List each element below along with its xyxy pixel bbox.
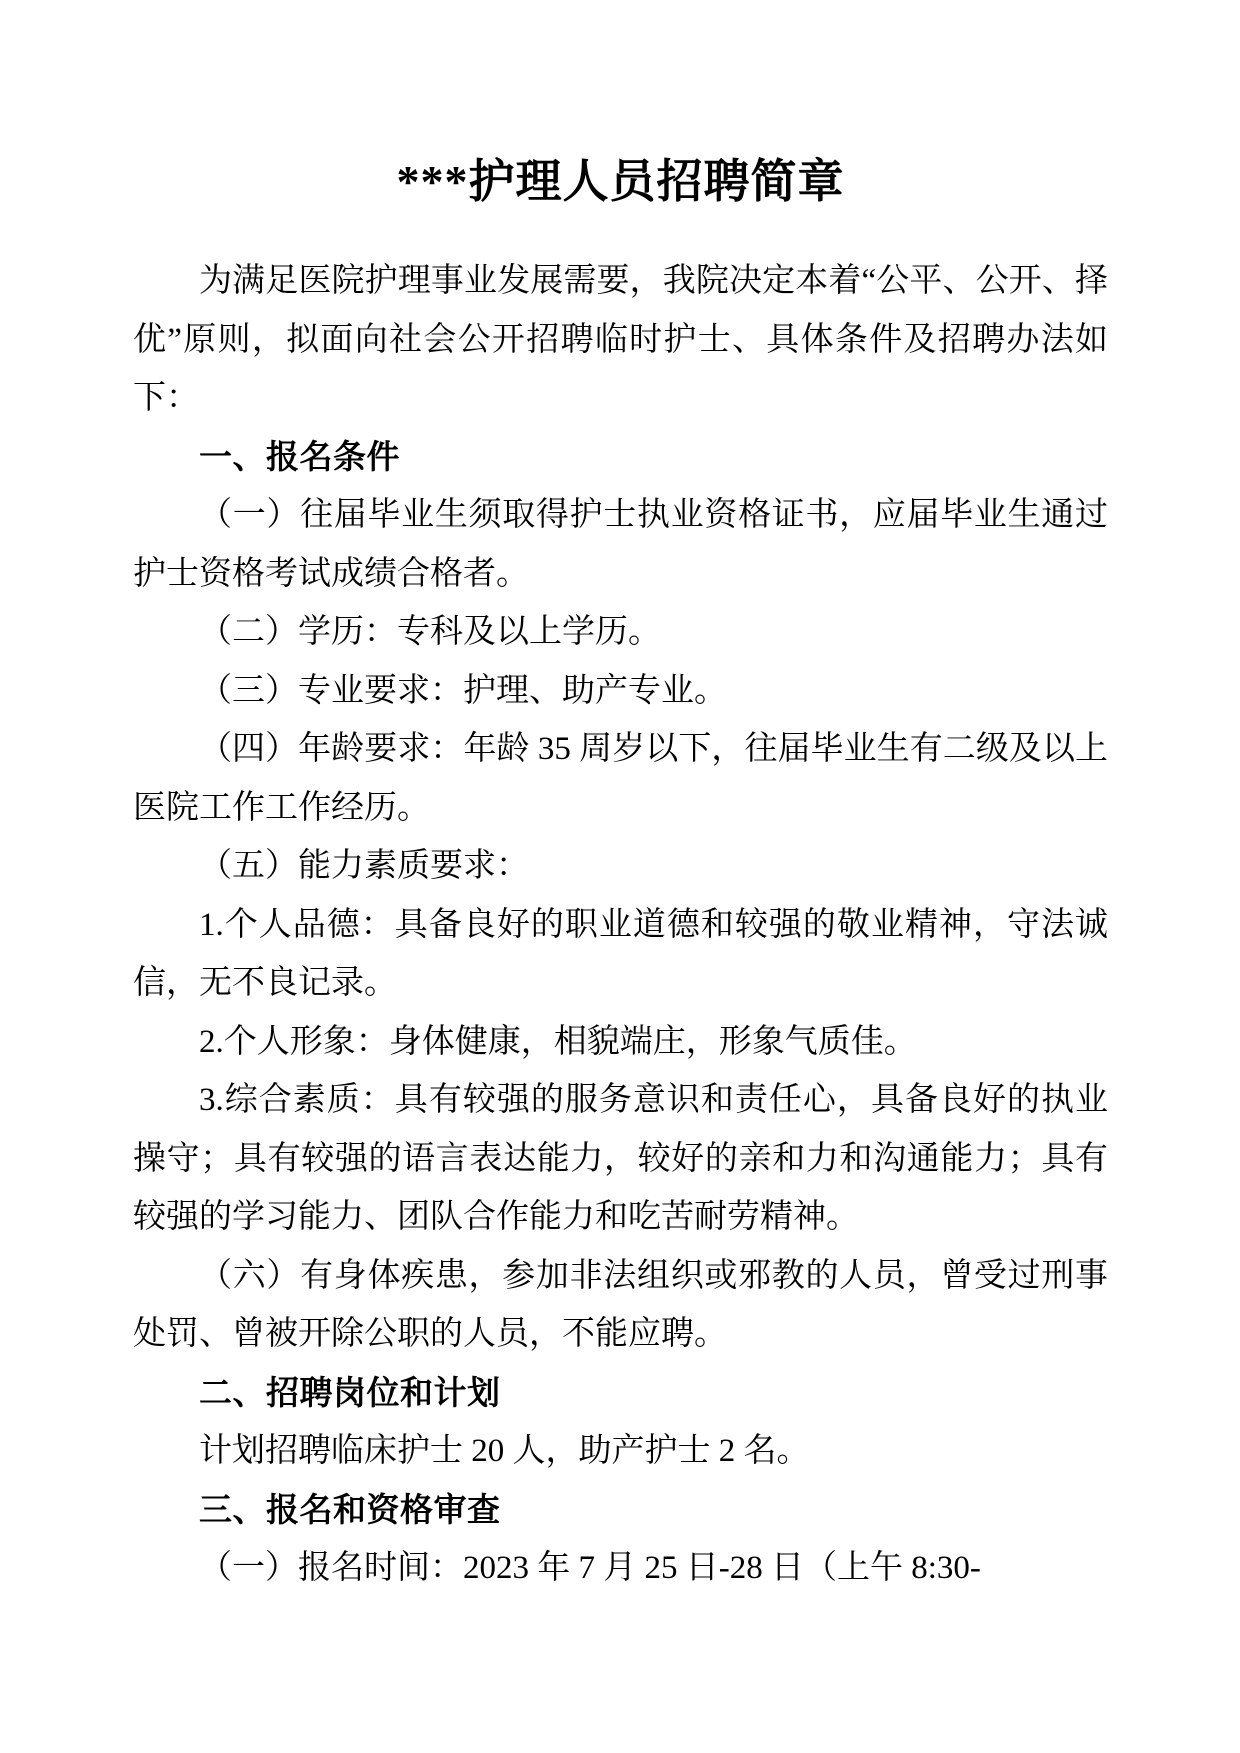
paragraph: （二）学历：专科及以上学历。 <box>133 603 1108 662</box>
document-body: 为满足医院护理事业发展需要，我院决定本着“公平、公开、择优”原则，拟面向社会公开… <box>133 252 1108 1598</box>
paragraph: （一）往届毕业生须取得护士执业资格证书，应届毕业生通过护士资格考试成绩合格者。 <box>133 486 1108 603</box>
paragraph: 2.个人形象：身体健康，相貌端庄，形象气质佳。 <box>133 1013 1108 1072</box>
section-heading: 三、报名和资格审查 <box>133 1481 1108 1540</box>
paragraph: 计划招聘临床护士 20 人，助产护士 2 名。 <box>133 1422 1108 1481</box>
section-heading: 二、招聘岗位和计划 <box>133 1364 1108 1423</box>
paragraph: （四）年龄要求：年龄 35 周岁以下，往届毕业生有二级及以上医院工作工作经历。 <box>133 720 1108 837</box>
document-title: ***护理人员招聘简章 <box>133 146 1108 218</box>
paragraph: （六）有身体疾患，参加非法组织或邪教的人员，曾受过刑事处罚、曾被开除公职的人员，… <box>133 1247 1108 1364</box>
paragraph: （五）能力素质要求： <box>133 837 1108 896</box>
section-heading: 一、报名条件 <box>133 428 1108 487</box>
paragraph: 3.综合素质：具有较强的服务意识和责任心，具备良好的执业操守；具有较强的语言表达… <box>133 1071 1108 1247</box>
paragraph: 1.个人品德：具备良好的职业道德和较强的敬业精神，守法诚信，无不良记录。 <box>133 896 1108 1013</box>
paragraph: （三）专业要求：护理、助产专业。 <box>133 662 1108 721</box>
paragraph: （一）报名时间：2023 年 7 月 25 日-28 日（上午 8:30- <box>133 1539 1108 1598</box>
document-page: ***护理人员招聘简章 为满足医院护理事业发展需要，我院决定本着“公平、公开、择… <box>0 0 1240 1753</box>
paragraph: 为满足医院护理事业发展需要，我院决定本着“公平、公开、择优”原则，拟面向社会公开… <box>133 252 1108 428</box>
